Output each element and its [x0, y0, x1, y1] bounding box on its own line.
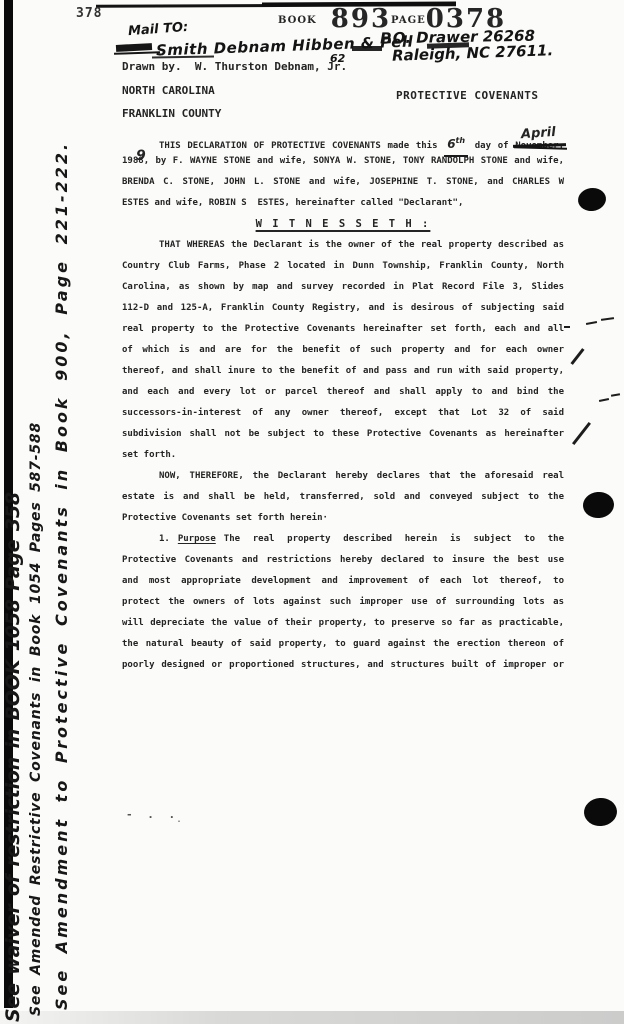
pen-dash-mark — [564, 326, 570, 328]
section-number: 1. — [159, 534, 170, 544]
pen-slash-mark — [570, 348, 584, 365]
body-text: NOW, THEREFORE, the Declarant hereby dec… — [159, 471, 564, 481]
page-number: 378 — [76, 6, 102, 21]
margin-note-amended-covenants: See Amended Restrictive Covenants in Boo… — [28, 422, 44, 1016]
body-text: Country Club Farms, Phase 2 located in D… — [122, 261, 564, 271]
body-line: and most appropriate development and imp… — [122, 571, 564, 592]
body-text: ESTES and wife, ROBIN S ESTES, hereinaft… — [122, 198, 463, 208]
body-line: THAT WHEREAS the Declarant is the owner … — [122, 235, 564, 256]
faint-dots-mark: - . . — [126, 808, 179, 821]
witnesseth-text: W I T N E S S E T H : — [256, 218, 431, 230]
witnesseth-heading: W I T N E S S E T H : — [122, 214, 564, 235]
margin-note-amendment: See Amendment to Protective Covenants in… — [52, 141, 71, 1010]
stamp-page-label: PAGE — [391, 15, 426, 26]
scribbled-out-word — [116, 43, 152, 52]
pen-dash-mark — [599, 398, 609, 402]
body-line: Protective Covenants and restrictions he… — [122, 550, 564, 571]
body-text: thereof, and shall inure to the benefit … — [122, 366, 564, 376]
body-line: ESTES and wife, ROBIN S ESTES, hereinaft… — [122, 193, 564, 214]
body-line: NOW, THEREFORE, the Declarant hereby dec… — [122, 466, 564, 487]
body-line: BRENDA C. STONE, JOHN L. STONE and wife,… — [122, 172, 564, 193]
body-text: Protective Covenants and restrictions he… — [122, 555, 564, 565]
scan-bottom-band — [0, 1011, 624, 1024]
body-text: Carolina, as shown by map and survey rec… — [122, 282, 564, 292]
month-correction: November,April — [515, 136, 564, 157]
stamp-book-label: BOOK — [278, 15, 317, 26]
body-text: BRENDA C. STONE, JOHN L. STONE and wife,… — [122, 177, 564, 187]
body-line-purpose: 1.PurposeThe real property described her… — [122, 529, 564, 550]
body-text: successors-in-interest of any owner ther… — [122, 408, 564, 418]
handwritten-firm-name: Smith Debnam Hibben & Pell — [156, 33, 414, 60]
handwritten-mail-to-label: Mail TO: — [128, 20, 189, 39]
pen-slash-mark — [572, 422, 591, 445]
body-line: Country Club Farms, Phase 2 located in D… — [122, 256, 564, 277]
section-title: Purpose — [178, 534, 216, 544]
drawn-by-line: Drawn by. W. Thurston Debnam, Jr. — [122, 60, 347, 73]
body-line: Carolina, as shown by map and survey rec… — [122, 277, 564, 298]
handwritten-year-digit: 9 — [136, 146, 146, 167]
year-overwrite: 19889 — [122, 151, 144, 172]
body-line: real property to the Protective Covenant… — [122, 319, 564, 340]
body-text: Protective Covenants set forth herein· — [122, 513, 328, 523]
body-line: thereof, and shall inure to the benefit … — [122, 361, 564, 382]
body-line: Protective Covenants set forth herein· — [122, 508, 564, 529]
body-text: will depreciate the value of their prope… — [122, 618, 564, 628]
body-text: 112-D and 125-A, Franklin County Registr… — [122, 303, 564, 313]
body-text: and most appropriate development and imp… — [122, 576, 564, 586]
body-line: set forth. — [122, 445, 564, 466]
hole-punch-dot — [577, 186, 608, 213]
body-line: successors-in-interest of any owner ther… — [122, 403, 564, 424]
handwritten-month: April — [521, 122, 557, 145]
body-line: 19889, by F. WAYNE STONE and wife, SONYA… — [122, 151, 564, 172]
body-text: and each and every lot or parcel thereof… — [122, 387, 564, 397]
body-text: the natural beauty of said property, to … — [122, 639, 564, 649]
body-line: and each and every lot or parcel thereof… — [122, 382, 564, 403]
body-text: The real property described herein is su… — [224, 534, 564, 544]
body-text: , by F. WAYNE STONE and wife, SONYA W. S… — [144, 156, 564, 166]
body-line: estate is and shall be held, transferred… — [122, 487, 564, 508]
body-text: set forth. — [122, 450, 176, 460]
county-caption: FRANKLIN COUNTY — [122, 107, 221, 120]
day-number: 6 — [447, 137, 455, 151]
scanned-document-page: 378 BOOK893PAGE0378 Mail TO: Smith Debna… — [0, 0, 624, 1024]
pen-dash-mark — [586, 321, 597, 325]
margin-note-waiver: See waiver of restriction in BOOK 1058 P… — [2, 492, 24, 1022]
scribble-strike — [114, 51, 160, 55]
body-text: subdivision shall not be subject to thes… — [122, 429, 564, 439]
body-line: subdivision shall not be subject to thes… — [122, 424, 564, 445]
pen-dash-mark — [611, 393, 620, 397]
body-line: protect the owners of lots against such … — [122, 592, 564, 613]
handwritten-note: 62 — [330, 52, 345, 65]
body-line: will depreciate the value of their prope… — [122, 613, 564, 634]
body-text: real property to the Protective Covenant… — [122, 324, 564, 334]
hole-punch-dot — [582, 491, 615, 520]
body-line-date: THIS DECLARATION OF PROTECTIVE COVENANTS… — [122, 130, 564, 151]
state-caption: NORTH CAROLINA — [122, 84, 215, 97]
body-text: THAT WHEREAS the Declarant is the owner … — [159, 240, 564, 250]
handwritten-day: 6th — [444, 130, 468, 157]
body-text: protect the owners of lots against such … — [122, 597, 564, 607]
body-line: poorly designed or proportioned structur… — [122, 655, 564, 676]
body-text: of which is and are for the benefit of s… — [122, 345, 564, 355]
pen-dash-mark — [601, 317, 614, 321]
body-line: of which is and are for the benefit of s… — [122, 340, 564, 361]
intro-mid-text: day of — [475, 141, 509, 151]
faint-dot-mark: . — [176, 814, 182, 825]
document-title: PROTECTIVE COVENANTS — [396, 89, 538, 102]
body-text: estate is and shall be held, transferred… — [122, 492, 564, 502]
intro-pre-text: THIS DECLARATION OF PROTECTIVE COVENANTS… — [159, 141, 438, 151]
body-line: 112-D and 125-A, Franklin County Registr… — [122, 298, 564, 319]
body-line: the natural beauty of said property, to … — [122, 634, 564, 655]
hole-punch-dot — [583, 797, 618, 827]
body-text: poorly designed or proportioned structur… — [122, 660, 564, 670]
day-suffix: th — [456, 136, 466, 145]
document-body: THIS DECLARATION OF PROTECTIVE COVENANTS… — [122, 130, 564, 676]
